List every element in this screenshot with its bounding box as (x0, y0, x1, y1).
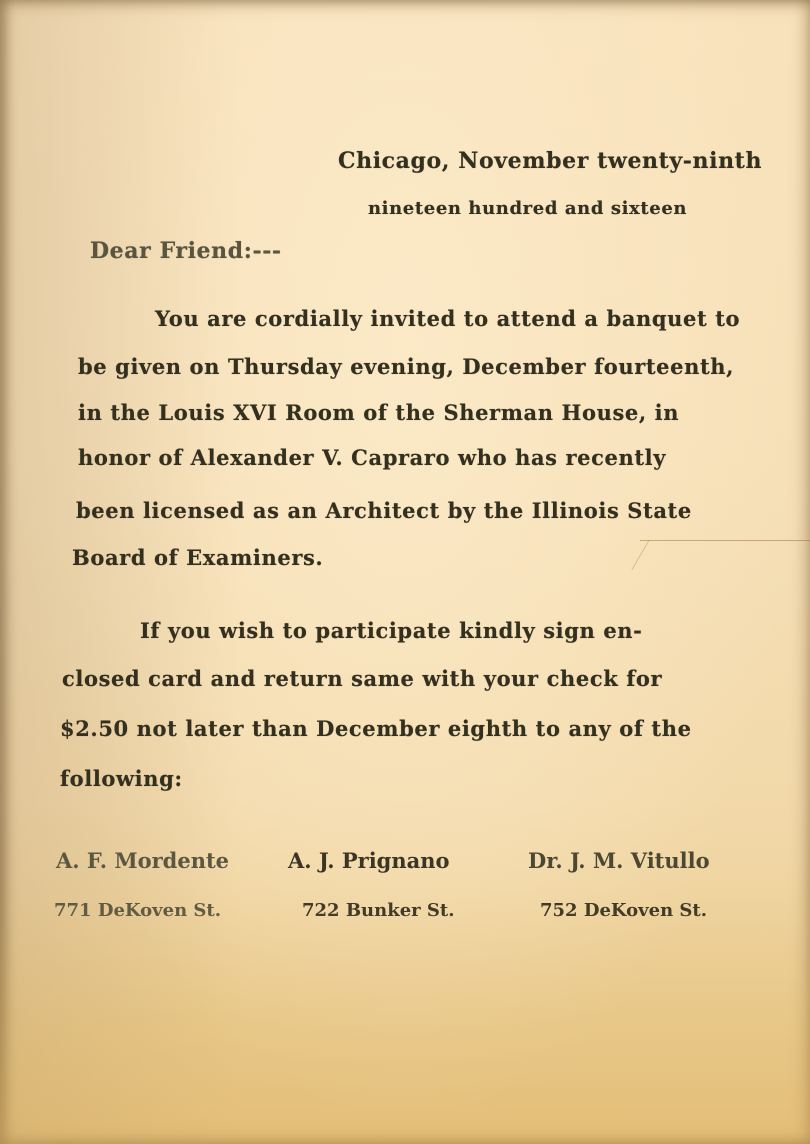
signatory-name: Dr. J. M. Vitullo (528, 848, 710, 873)
paragraph-line: in the Louis XVI Room of the Sherman Hou… (78, 400, 679, 425)
signatory-name: A. F. Mordente (56, 848, 229, 873)
paragraph-line: If you wish to participate kindly sign e… (140, 618, 642, 643)
paragraph-line: closed card and return same with your ch… (62, 666, 662, 691)
signatory-address: 722 Bunker St. (302, 900, 454, 921)
paragraph-line: following: (60, 766, 183, 791)
paragraph-line: Board of Examiners. (72, 545, 323, 570)
paragraph-line: be given on Thursday evening, December f… (78, 354, 734, 379)
paragraph-line: $2.50 not later than December eighth to … (60, 716, 692, 741)
signatory-name: A. J. Prignano (288, 848, 450, 873)
invitation-letter: Chicago, November twenty-ninth nineteen … (0, 0, 810, 1144)
paragraph-line: You are cordially invited to attend a ba… (155, 306, 740, 331)
paragraph-line: been licensed as an Architect by the Ill… (76, 498, 692, 523)
paper-tear (640, 540, 810, 571)
signatory-address: 771 DeKoven St. (54, 900, 221, 921)
dateline-city-date: Chicago, November twenty-ninth (338, 148, 762, 174)
salutation: Dear Friend:--- (90, 238, 282, 264)
paragraph-line: honor of Alexander V. Capraro who has re… (78, 445, 666, 470)
signatory-address: 752 DeKoven St. (540, 900, 707, 921)
paper-tear-edge (631, 540, 689, 570)
dateline-year: nineteen hundred and sixteen (368, 198, 687, 219)
